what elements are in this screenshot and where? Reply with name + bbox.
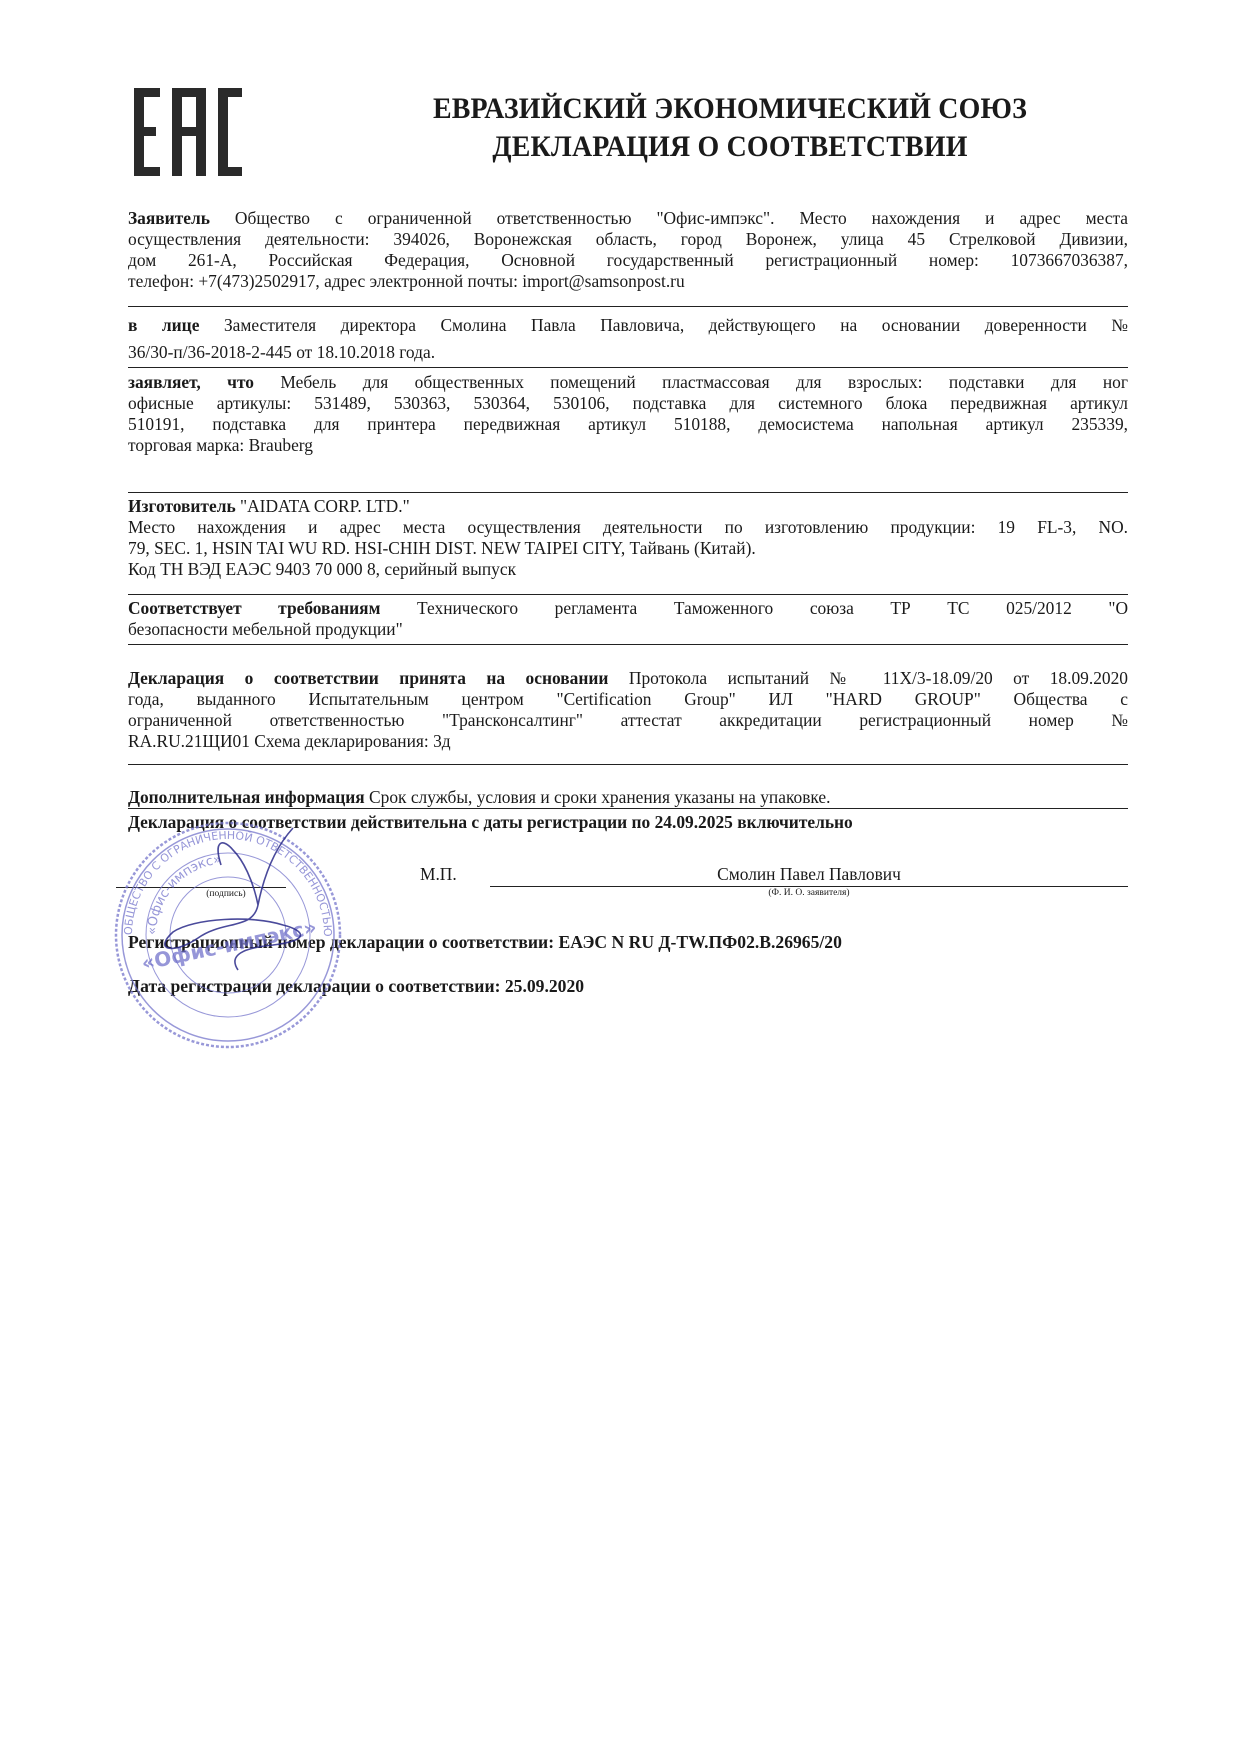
registration-number-value: ЕАЭС N RU Д-TW.ПФ02.В.26965/20: [558, 932, 841, 952]
conformity-label: Соответствует требованиям: [128, 598, 380, 618]
applicant-line-2: осуществления деятельности: 394026, Воро…: [128, 229, 1128, 250]
applicant-line-4: телефон: +7(473)2502917, адрес электронн…: [128, 271, 1128, 292]
divider: [128, 306, 1128, 307]
signer-name-line: [490, 886, 1128, 887]
additional-label: Дополнительная информация: [128, 787, 365, 807]
registration-number-label: Регистрационный номер декларации о соотв…: [128, 932, 554, 952]
registration-date: Дата регистрации декларации о соответств…: [128, 976, 584, 997]
divider: [128, 594, 1128, 595]
declares-section: заявляет, что Мебель для общественных по…: [128, 372, 1128, 456]
signer-name: Смолин Павел Павлович: [490, 864, 1128, 885]
basis-section: Декларация о соответствии принята на осн…: [128, 668, 1128, 752]
representative-line-2: 36/30-п/36-2018-2-445 от 18.10.2018 года…: [128, 339, 1128, 366]
registration-date-value: 25.09.2020: [505, 976, 584, 996]
additional-text: Срок службы, условия и сроки хранения ук…: [369, 787, 830, 807]
manufacturer-section: Изготовитель "AIDATA CORP. LTD." Место н…: [128, 496, 1128, 580]
registration-date-label: Дата регистрации декларации о соответств…: [128, 976, 500, 996]
representative-label: в лице: [128, 315, 199, 335]
representative-section: в лице Заместителя директора Смолина Пав…: [128, 312, 1128, 366]
applicant-line-1: Общество с ограниченной ответственностью…: [235, 208, 1128, 228]
conformity-line-1: Технического регламента Таможенного союз…: [417, 598, 1128, 618]
basis-line-3: ограниченной ответственностью "Трансконс…: [128, 710, 1128, 731]
representative-line-1: Заместителя директора Смолина Павла Павл…: [224, 315, 1128, 335]
declares-line-1: Мебель для общественных помещений пластм…: [280, 372, 1128, 392]
conformity-line-2: безопасности мебельной продукции": [128, 619, 1128, 640]
divider: [128, 367, 1128, 368]
divider: [128, 764, 1128, 765]
manufacturer-address-2: 79, SEC. 1, HSIN TAI WU RD. HSI-CHIH DIS…: [128, 538, 1128, 559]
validity-text: Декларация о соответствии действительна …: [128, 812, 1128, 833]
conformity-section: Соответствует требованиям Технического р…: [128, 598, 1128, 640]
declares-line-3: 510191, подставка для принтера передвижн…: [128, 414, 1128, 435]
eac-mark-icon: [132, 86, 244, 178]
applicant-label: Заявитель: [128, 208, 210, 228]
basis-line-2: года, выданного Испытательным центром "C…: [128, 689, 1128, 710]
divider: [128, 644, 1128, 645]
basis-label: Декларация о соответствии принята на осн…: [128, 668, 608, 688]
union-title: ЕВРАЗИЙСКИЙ ЭКОНОМИЧЕСКИЙ СОЮЗ: [367, 90, 1092, 128]
declares-line-4: торговая марка: Brauberg: [128, 435, 1128, 456]
divider: [128, 808, 1128, 809]
manufacturer-label: Изготовитель: [128, 496, 236, 516]
svg-text:ОБЩЕСТВО С ОГРАНИЧЕННОЙ ОТВЕТС: ОБЩЕСТВО С ОГРАНИЧЕННОЙ ОТВЕТСТВЕННОСТЬЮ: [122, 829, 334, 937]
declares-label: заявляет, что: [128, 372, 254, 392]
declares-line-2: офисные артикулы: 531489, 530363, 530364…: [128, 393, 1128, 414]
signer-caption: (Ф. И. О. заявителя): [490, 888, 1128, 898]
signature-line: [116, 887, 286, 888]
eac-logo: [132, 86, 244, 178]
applicant-section: Заявитель Общество с ограниченной ответс…: [128, 208, 1128, 292]
hs-code: Код ТН ВЭД ЕАЭС 9403 70 000 8, серийный …: [128, 559, 1128, 580]
basis-line-1: Протокола испытаний № 11Х/3-18.09/20 от …: [629, 668, 1128, 688]
additional-section: Дополнительная информация Срок службы, у…: [128, 787, 1128, 808]
manufacturer-name: "AIDATA CORP. LTD.": [240, 496, 410, 516]
seal-label: М.П.: [420, 864, 457, 885]
document-title: ДЕКЛАРАЦИЯ О СООТВЕТСТВИИ: [367, 128, 1092, 166]
manufacturer-address-1: Место нахождения и адрес места осуществл…: [128, 517, 1128, 538]
applicant-line-3: дом 261-А, Российская Федерация, Основно…: [128, 250, 1128, 271]
signature-caption: (подпись): [186, 889, 266, 899]
registration-number: Регистрационный номер декларации о соотв…: [128, 932, 842, 953]
basis-line-4: RA.RU.21ЩИ01 Схема декларирования: 3д: [128, 731, 1128, 752]
divider: [128, 492, 1128, 493]
